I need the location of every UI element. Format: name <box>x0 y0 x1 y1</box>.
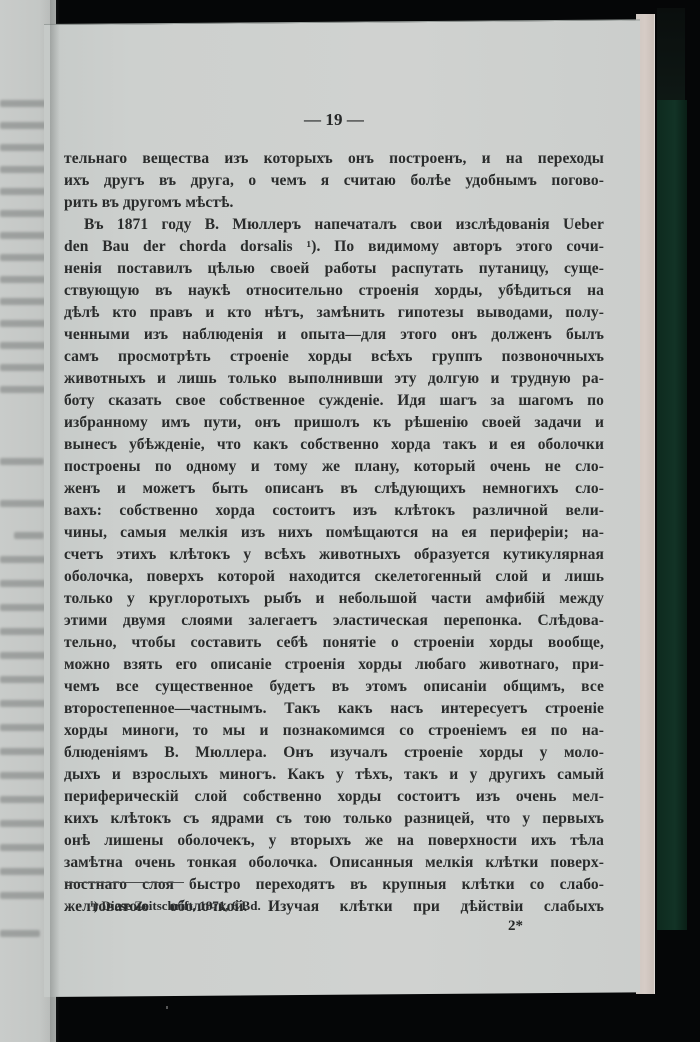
text-line: вынесъ убѣжденіе, что какъ собственно хо… <box>64 436 604 458</box>
text-line: боту сказать свое собственное сужденіе. … <box>64 392 604 414</box>
text-line: чемъ все существенное будетъ въ этомъ оп… <box>64 678 604 700</box>
text-line: только у круглоротыхъ рыбъ и небольшой ч… <box>64 590 604 612</box>
text-line: животныхъ и лишь только выполнивши эту д… <box>64 370 604 392</box>
text-line: этими двумя слоями залегаетъ эластическа… <box>64 612 604 634</box>
text-line: ихъ другъ въ друга, о чемъ я считаю болѣ… <box>64 172 604 194</box>
text-line: счетъ этихъ клѣтокъ у всѣхъ животныхъ об… <box>64 546 604 568</box>
text-line: замѣтна очень тонкая оболочка. Описанныя… <box>64 854 604 876</box>
text-line: дѣлѣ кто правъ и кто нѣтъ, замѣнить гипо… <box>64 304 604 326</box>
text-line: избранному имъ пути, онъ пришолъ къ рѣше… <box>64 414 604 436</box>
text-line: тельно, чтобы составить себѣ понятіе о с… <box>64 634 604 656</box>
text-line: оболочка, поверхъ которой находится скел… <box>64 568 604 590</box>
text-line: ностнаго слоя быстро переходятъ въ крупн… <box>64 876 604 898</box>
text-line: вахъ: собственно хорда состоитъ изъ клѣт… <box>64 502 604 524</box>
text-line: ненія поставилъ цѣлью своей работы распу… <box>64 260 604 282</box>
paper-speck <box>166 1006 168 1009</box>
text-line: женъ и можетъ быть описанъ въ слѣдующихъ… <box>64 480 604 502</box>
text-line: den Bau der chorda dorsalis ¹). По видим… <box>64 238 604 260</box>
footnote: ¹) Diese Zeitschrift, 1871, 6 Bd. <box>90 898 261 914</box>
text-line: дыхъ и взрослыхъ миногъ. Какъ у тѣхъ, та… <box>64 766 604 788</box>
signature-mark: 2* <box>508 918 523 935</box>
text-line: блюденіямъ В. Мюллера. Онъ изучалъ строе… <box>64 744 604 766</box>
text-line: кихъ клѣтокъ съ ядрами съ тою только раз… <box>64 810 604 832</box>
text-line: второстепенное—частнымъ. Такъ какъ насъ … <box>64 700 604 722</box>
text-line: Въ 1871 году В. Мюллеръ напечаталъ свои … <box>64 216 604 238</box>
page-number: — 19 — <box>64 110 604 130</box>
text-line: можно взять его описаніе строенія хорды … <box>64 656 604 678</box>
text-line: ченными изъ наблюденія и опыта—для этого… <box>64 326 604 348</box>
book-gutter-shadow <box>50 0 60 1042</box>
text-line: чины, самыя мелкія изъ нихъ помѣщаются н… <box>64 524 604 546</box>
text-line: хорды миноги, то мы и познакомимся со ст… <box>64 722 604 744</box>
footnote-divider <box>66 882 184 883</box>
text-line: самъ просмотрѣть строеніе хорды всѣхъ гр… <box>64 348 604 370</box>
text-line: онѣ лишены оболочекъ, у вторыхъ же на по… <box>64 832 604 854</box>
book-cover-green <box>657 100 687 930</box>
text-line: рить въ другомъ мѣстѣ. <box>64 194 604 216</box>
text-line: построены по одному и тому же плану, кот… <box>64 458 604 480</box>
text-line: периферическій слой собственно хорды сос… <box>64 788 604 810</box>
text-line: ствующую въ наукѣ относительно строенія … <box>64 282 604 304</box>
text-line: тельнаго вещества изъ которыхъ онъ постр… <box>64 150 604 172</box>
